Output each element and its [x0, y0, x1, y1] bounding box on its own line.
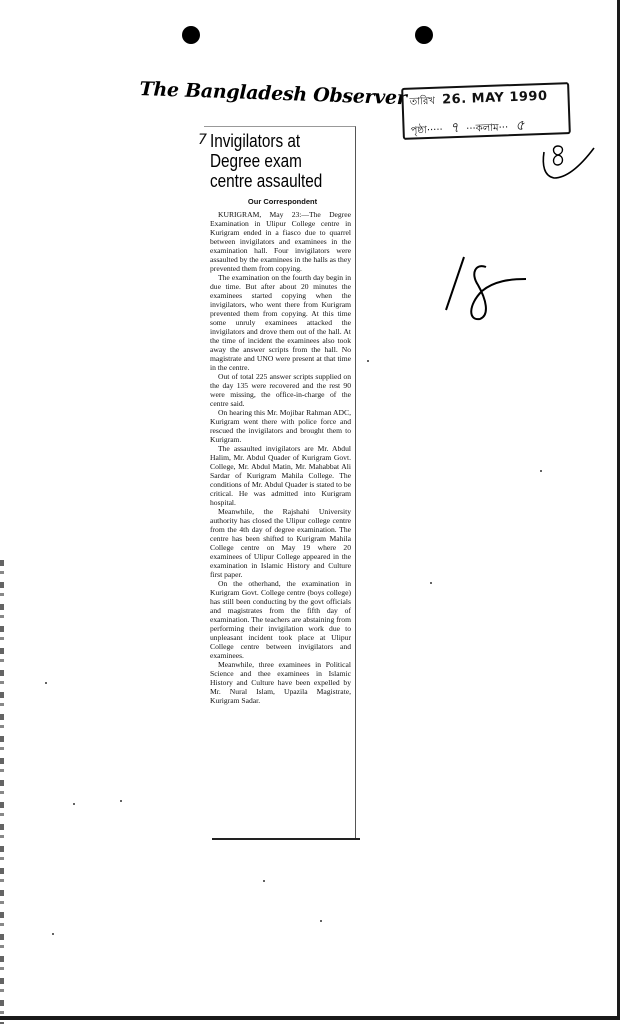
punch-hole-right	[415, 26, 433, 44]
punch-hole-left	[182, 26, 200, 44]
stamp-page-value: ৭	[450, 120, 460, 136]
stamp-column-label: কলাম	[476, 123, 499, 135]
article-paragraph: On the otherhand, the examination in Kur…	[210, 579, 351, 660]
headline-line-1: Invigilators at	[210, 131, 300, 151]
stamp-page-label: পৃষ্ঠা	[410, 125, 427, 137]
archive-date-stamp: তারিখ 26. MAY 1990 পৃষ্ঠা····· ৭ ···কলাম…	[401, 82, 571, 140]
stamp-page-row: পৃষ্ঠা····· ৭ ···কলাম··· ৫	[410, 114, 529, 142]
handwritten-18	[440, 255, 530, 330]
clipping-torn-edge	[212, 830, 360, 840]
article-paragraph: KURIGRAM, May 23:—The Degree Examination…	[210, 210, 351, 273]
stamp-date-row: তারিখ 26. MAY 1990	[409, 89, 548, 112]
scan-speck	[320, 920, 322, 922]
article-paragraph: The assaulted invigilators are Mr. Abdul…	[210, 444, 351, 507]
headline-line-3: centre assaulted	[210, 171, 322, 191]
headline-line-2: Degree exam	[210, 151, 302, 171]
handwritten-8-check-mark	[540, 140, 595, 190]
scan-speck	[540, 470, 542, 472]
article-headline: Invigilators at Degree exam centre assau…	[210, 131, 355, 191]
scan-speck	[367, 360, 369, 362]
article-paragraph: Meanwhile, the Rajshahi University autho…	[210, 507, 351, 579]
scan-speck	[430, 582, 432, 584]
article-body: KURIGRAM, May 23:—The Degree Examination…	[210, 210, 355, 705]
article-byline: Our Correspondent	[210, 197, 355, 206]
article-paragraph: Meanwhile, three examinees in Political …	[210, 660, 351, 705]
scan-edge-shadow	[0, 560, 4, 1024]
stamp-column-value: ৫	[515, 118, 525, 134]
article-paragraph: Out of total 225 answer scripts supplied…	[210, 372, 351, 408]
scan-speck	[73, 803, 75, 805]
newspaper-clipping: Invigilators at Degree exam centre assau…	[204, 126, 356, 838]
article-paragraph: On hearing this Mr. Mojibar Rahman ADC, …	[210, 408, 351, 444]
scan-speck	[120, 800, 122, 802]
scan-speck	[45, 682, 47, 684]
stamp-date-value: 26. MAY 1990	[442, 89, 548, 108]
scan-speck	[52, 933, 54, 935]
scan-speck	[263, 880, 265, 882]
stamp-date-label: তারিখ	[409, 96, 435, 108]
article-paragraph: The examination on the fourth day begin …	[210, 273, 351, 372]
